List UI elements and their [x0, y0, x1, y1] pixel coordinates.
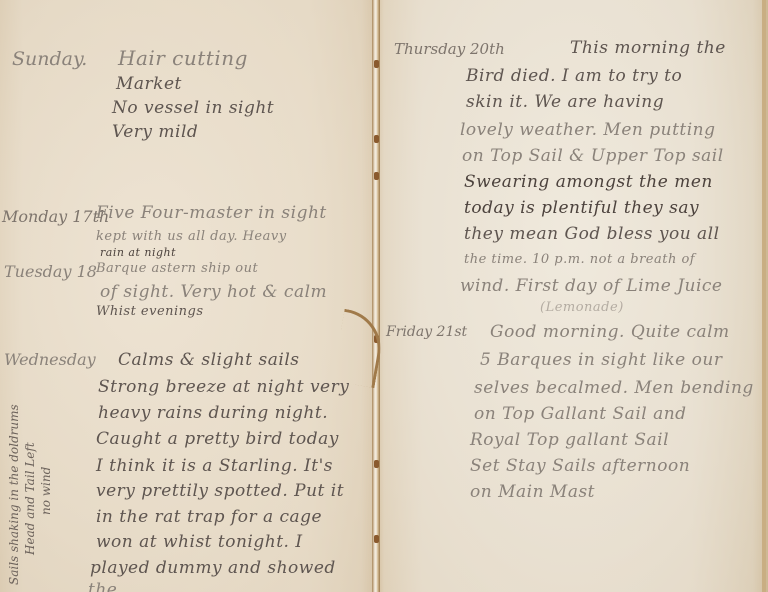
binding-stitch	[374, 135, 379, 143]
entry-line: This morning the	[570, 38, 726, 58]
entry-line: heavy rains during night.	[98, 403, 328, 423]
entry-line: Good morning. Quite calm	[490, 322, 730, 342]
margin-note-vertical: Sails shaking in the doldrums Head and T…	[6, 404, 54, 585]
entry-line: Caught a pretty bird today	[96, 429, 339, 449]
entry-line: on Top Sail & Upper Top sail	[462, 146, 724, 166]
entry-line: they mean God bless you all	[464, 224, 720, 244]
entry-line: won at whist tonight. I	[96, 532, 303, 552]
binding-stitch	[374, 172, 379, 180]
entry-line: kept with us all day. Heavy	[96, 229, 287, 244]
margin-note-line: no wind	[38, 404, 54, 585]
entry-line: Swearing amongst the men	[464, 172, 713, 192]
binding-stitch	[374, 60, 379, 68]
entry-line: in the rat trap for a cage	[96, 507, 322, 527]
margin-note-line: Sails shaking in the doldrums	[6, 404, 22, 585]
entry-line: Bird died. I am to try to	[466, 66, 682, 86]
entry-day-monday: Monday 17th	[2, 207, 109, 226]
entry-line: Strong breeze at night very	[98, 377, 349, 397]
entry-line: skin it. We are having	[466, 92, 664, 112]
entry-line: Calms & slight sails	[118, 350, 300, 370]
entry-line: rain at night	[100, 246, 176, 259]
right-page: Thursday 20th This morning the Bird died…	[380, 0, 766, 592]
entry-line: Market	[116, 74, 182, 94]
entry-day-friday: Friday 21st	[386, 324, 467, 340]
entry-line: Set Stay Sails afternoon	[470, 456, 690, 476]
entry-line: Royal Top gallant Sail	[470, 430, 669, 450]
entry-day-thursday: Thursday 20th	[394, 40, 505, 58]
entry-line: No vessel in sight	[112, 98, 274, 118]
entry-line: Barque astern ship out	[96, 261, 258, 276]
binding-stitch	[374, 535, 379, 543]
entry-line: I think it is a Starling. It's	[96, 456, 333, 476]
entry-line: (Lemonade)	[540, 300, 624, 315]
entry-day-tuesday: Tuesday 18	[4, 262, 97, 281]
left-page: Sunday. Hair cutting Market No vessel in…	[0, 0, 373, 592]
entry-day-wednesday: Wednesday	[4, 350, 96, 369]
entry-line: the ...	[88, 580, 141, 592]
entry-line: Hair cutting	[118, 46, 248, 70]
entry-line: on Top Gallant Sail and	[474, 404, 687, 424]
entry-line: Whist evenings	[96, 304, 204, 319]
entry-line: Five Four-master in sight	[96, 203, 327, 223]
margin-note-line: Head and Tail Left	[22, 404, 38, 585]
entry-line: selves becalmed. Men bending	[474, 378, 754, 398]
entry-line: lovely weather. Men putting	[460, 120, 716, 140]
entry-line: Very mild	[112, 122, 198, 142]
entry-line: today is plentiful they say	[464, 198, 699, 218]
entry-line: on Main Mast	[470, 482, 595, 502]
notebook-spread: Sunday. Hair cutting Market No vessel in…	[0, 0, 768, 592]
entry-line: the time. 10 p.m. not a breath of	[464, 252, 695, 267]
entry-line: very prettily spotted. Put it	[96, 481, 344, 501]
entry-line: of sight. Very hot & calm	[100, 282, 327, 302]
entry-line: wind. First day of Lime Juice	[460, 276, 723, 296]
entry-line: 5 Barques in sight like our	[480, 350, 722, 370]
binding-gutter	[372, 0, 380, 592]
entry-day-sunday: Sunday.	[12, 48, 87, 70]
binding-stitch	[374, 460, 379, 468]
entry-line: played dummy and showed	[90, 558, 336, 578]
